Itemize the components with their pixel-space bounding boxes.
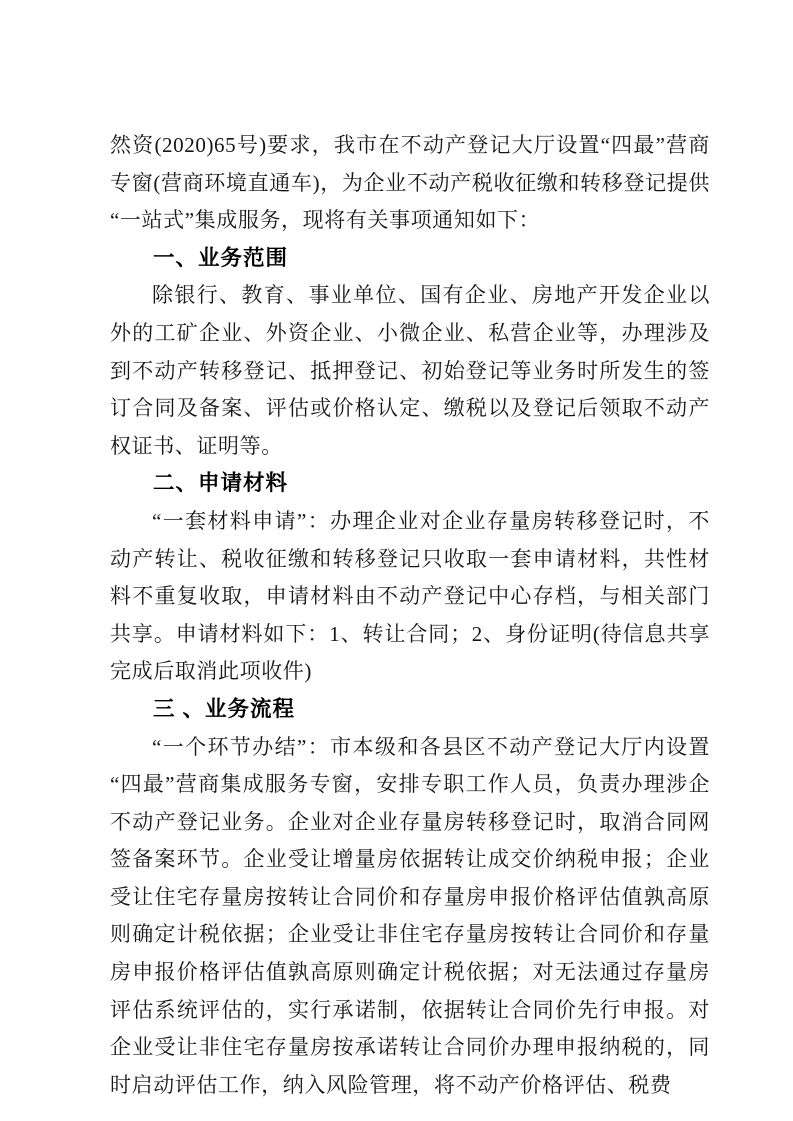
document-page: 然资(2020)65号)要求，我市在不动产登记大厅设置“四最”营商专窗(营商环境… [0,0,793,1121]
intro-paragraph: 然资(2020)65号)要求，我市在不动产登记大厅设置“四最”营商专窗(营商环境… [110,127,710,240]
section-body-application-materials: “一套材料申请”：办理企业对企业存量房转移登记时，不动产转让、税收征缴和转移登记… [110,503,710,691]
document-content: 然资(2020)65号)要求，我市在不动产登记大厅设置“四最”营商专窗(营商环境… [110,127,710,1104]
section-heading-business-scope: 一、业务范围 [110,240,710,278]
section-body-business-scope: 除银行、教育、事业单位、国有企业、房地产开发企业以外的工矿企业、外资企业、小微企… [110,277,710,465]
section-heading-application-materials: 二、申请材料 [110,465,710,503]
section-heading-business-process: 三 、业务流程 [110,691,710,729]
section-body-business-process: “一个环节办结”：市本级和各县区不动产登记大厅内设置“四最”营商集成服务专窗，安… [110,729,710,1105]
